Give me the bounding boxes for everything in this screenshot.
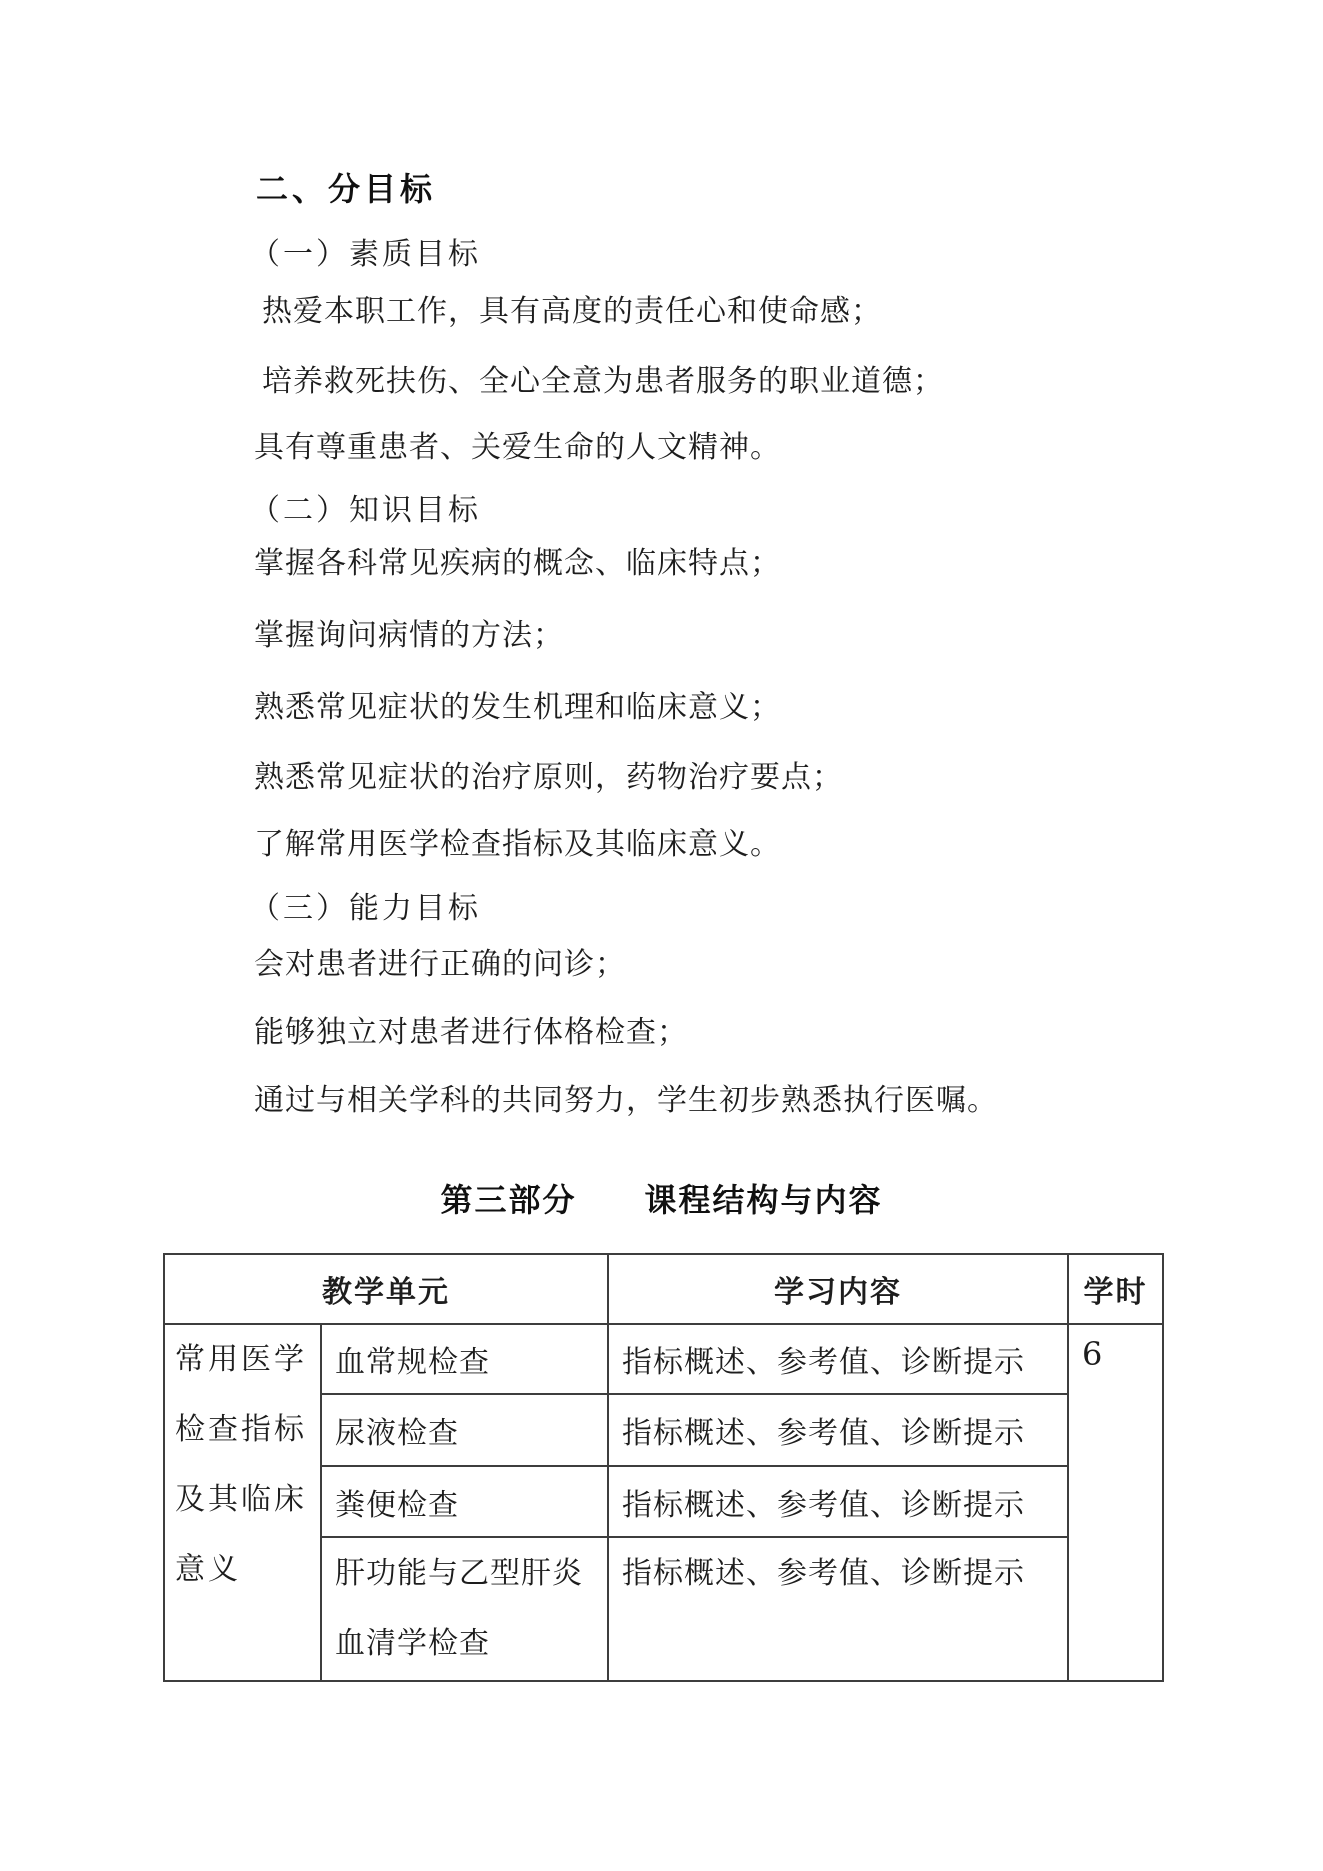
paragraph-line: 熟悉常见症状的发生机理和临床意义；	[254, 691, 781, 725]
table-header-unit: 教学单元	[164, 1254, 608, 1324]
content-cell: 指标概述、参考值、诊断提示	[608, 1537, 1068, 1681]
subsection-title-quality: （一）素质目标	[250, 238, 481, 272]
hours-cell: 6	[1068, 1324, 1163, 1681]
content-cell: 指标概述、参考值、诊断提示	[608, 1324, 1068, 1394]
paragraph-line: 会对患者进行正确的问诊；	[254, 948, 626, 982]
content-cell: 指标概述、参考值、诊断提示	[608, 1466, 1068, 1537]
paragraph-line: 培养救死扶伤、全心全意为患者服务的职业道德；	[262, 365, 944, 399]
paragraph-line: 掌握询问病情的方法；	[254, 619, 564, 653]
paragraph-line: 热爱本职工作，具有高度的责任心和使命感；	[262, 295, 882, 329]
subunit-cell: 粪便检查	[321, 1466, 608, 1537]
paragraph-line: 能够独立对患者进行体格检查；	[254, 1016, 688, 1050]
unit-group-cell: 常用医学检查指标及其临床意义	[164, 1324, 321, 1681]
content-cell: 指标概述、参考值、诊断提示	[608, 1394, 1068, 1466]
section-heading-2: 二、分目标	[256, 171, 436, 207]
paragraph-line: 具有尊重患者、关爱生命的人文精神。	[254, 431, 781, 465]
subunit-cell: 尿液检查	[321, 1394, 608, 1466]
section-heading-3: 第三部分 课程结构与内容	[0, 1182, 1323, 1218]
subunit-cell: 血常规检查	[321, 1324, 608, 1394]
document-page: 二、分目标 （一）素质目标 热爱本职工作，具有高度的责任心和使命感； 培养救死扶…	[0, 0, 1323, 1871]
course-structure-table: 教学单元 学习内容 学时 常用医学检查指标及其临床意义 血常规检查 指标概述、参…	[163, 1253, 1164, 1682]
subunit-cell: 肝功能与乙型肝炎血清学检查	[321, 1537, 608, 1681]
table-header-hours: 学时	[1068, 1254, 1163, 1324]
paragraph-line: 掌握各科常见疾病的概念、临床特点；	[254, 547, 781, 581]
paragraph-line: 了解常用医学检查指标及其临床意义。	[254, 828, 781, 862]
table-row: 常用医学检查指标及其临床意义 血常规检查 指标概述、参考值、诊断提示 6	[164, 1324, 1163, 1394]
table-header-content: 学习内容	[608, 1254, 1068, 1324]
paragraph-line: 通过与相关学科的共同努力，学生初步熟悉执行医嘱。	[254, 1084, 998, 1118]
subsection-title-ability: （三）能力目标	[250, 892, 481, 926]
subsection-title-knowledge: （二）知识目标	[250, 494, 481, 528]
table-header-row: 教学单元 学习内容 学时	[164, 1254, 1163, 1324]
paragraph-line: 熟悉常见症状的治疗原则，药物治疗要点；	[254, 761, 843, 795]
